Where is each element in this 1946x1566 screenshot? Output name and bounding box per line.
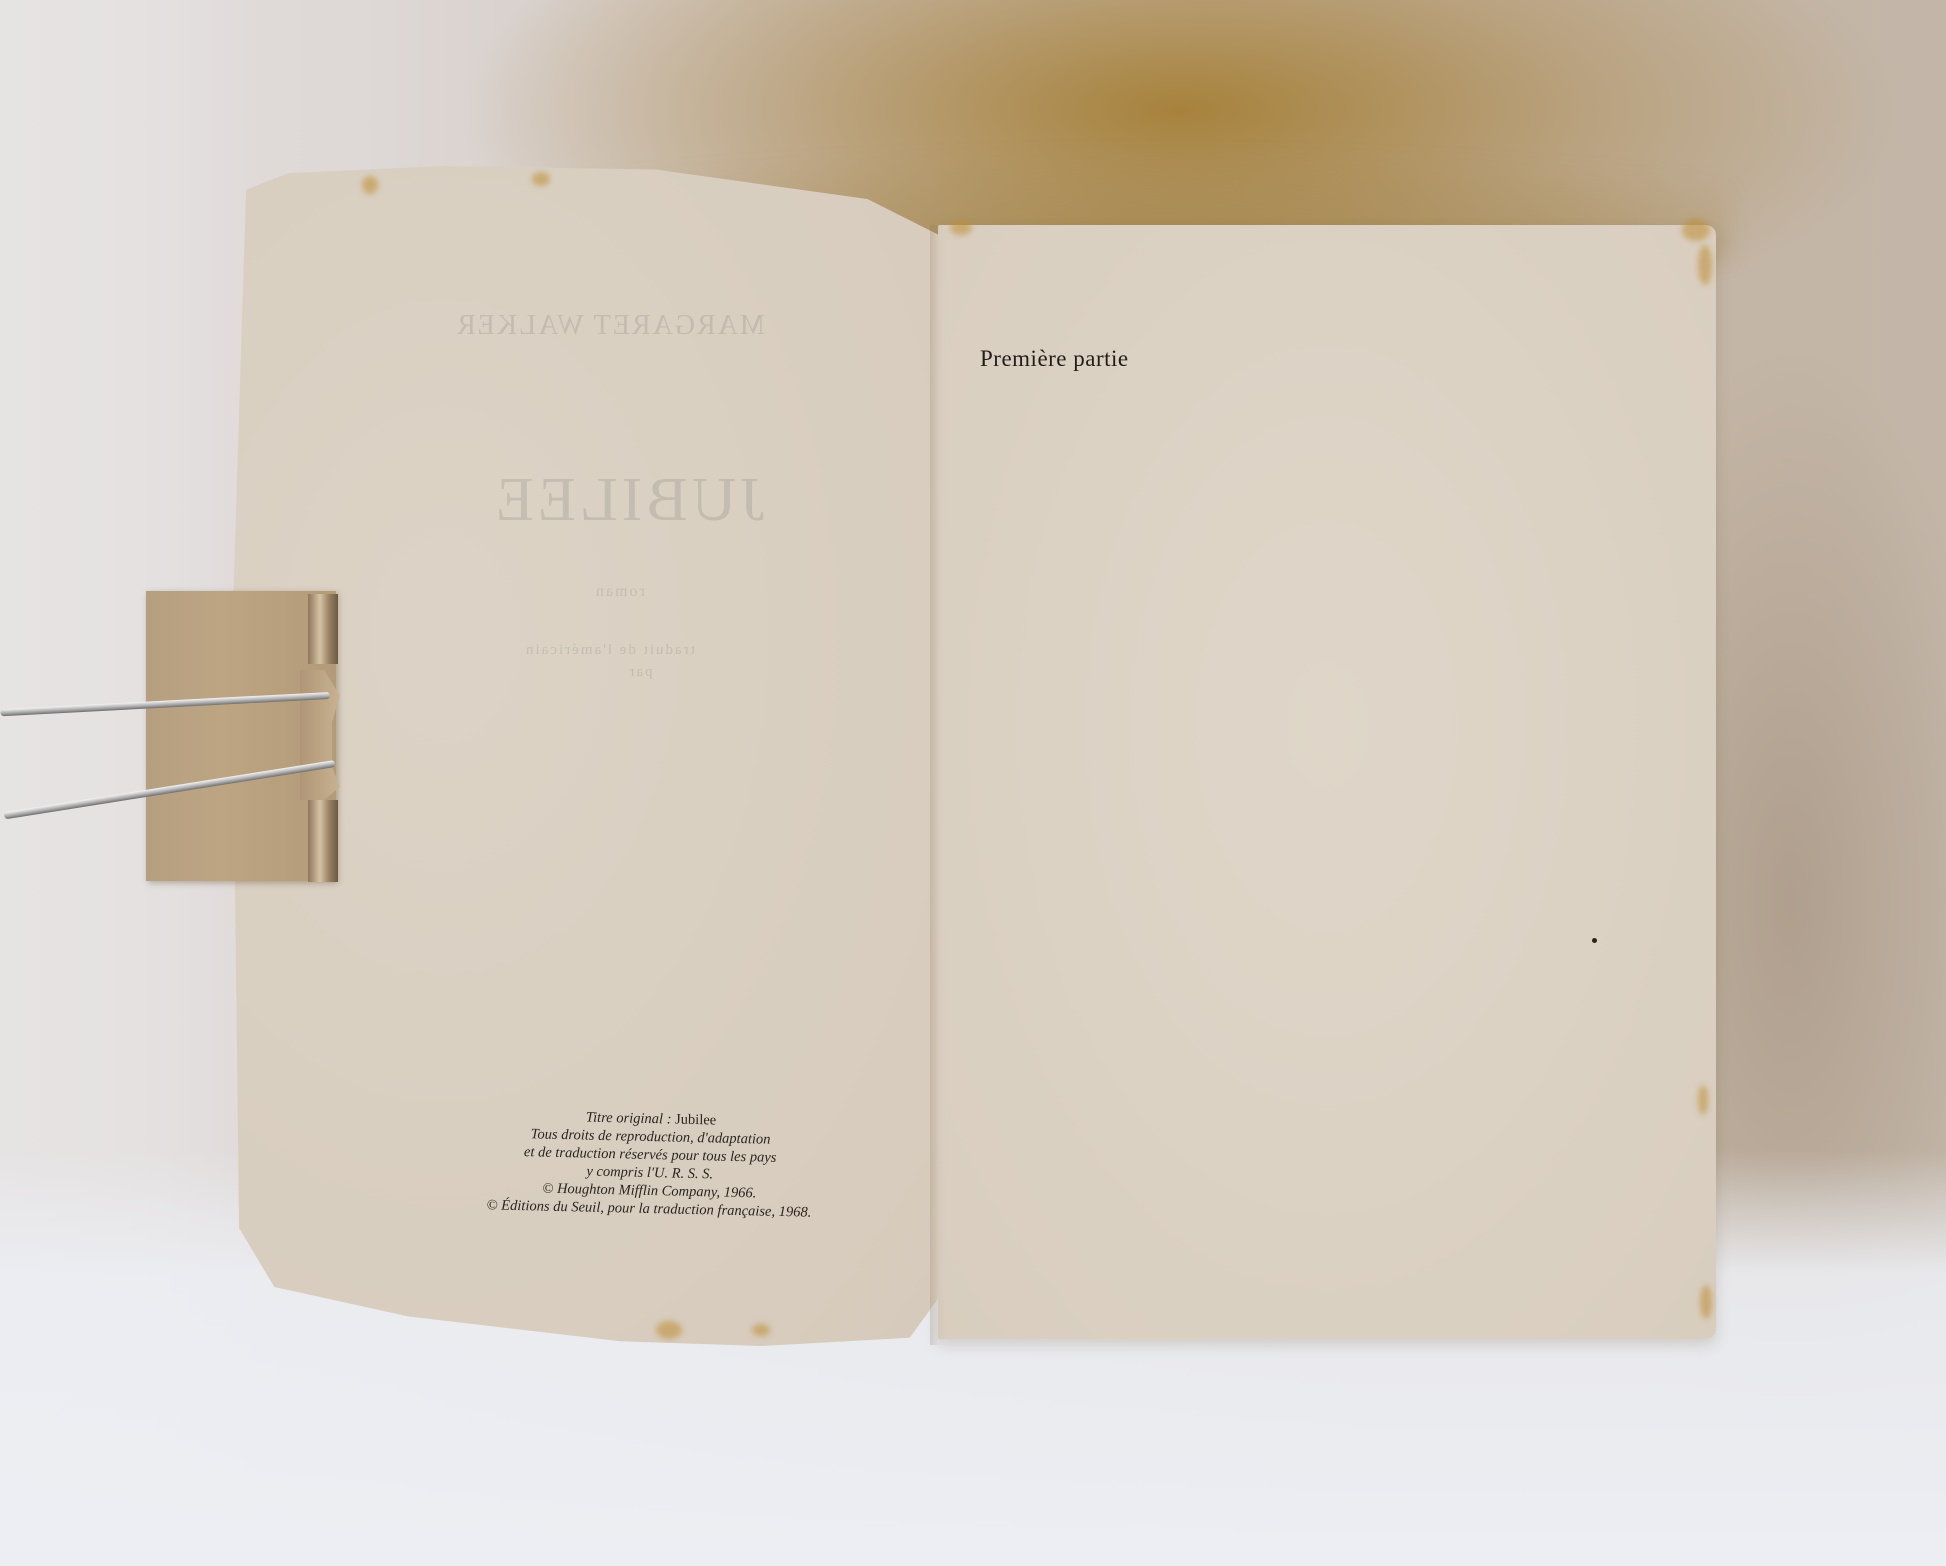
show-through-translator-1: traduit de l'américain bbox=[524, 642, 695, 659]
original-title-label: Titre original : bbox=[586, 1110, 676, 1128]
foxing-stain bbox=[752, 1324, 770, 1336]
foxing-stain bbox=[1700, 1285, 1712, 1319]
part-heading: Première partie bbox=[980, 346, 1129, 372]
show-through-translator-2: par bbox=[520, 664, 760, 681]
right-page bbox=[938, 225, 1716, 1339]
foxing-stain bbox=[656, 1321, 682, 1339]
copyright-block: Titre original : Jubilee Tous droits de … bbox=[439, 1105, 861, 1223]
clip-hinge-bottom bbox=[308, 800, 338, 882]
show-through-title: JUBILEE bbox=[492, 465, 765, 536]
foxing-stain bbox=[950, 221, 972, 235]
foxing-stain bbox=[1698, 1085, 1708, 1115]
book-gutter bbox=[930, 225, 946, 1345]
foxing-stain bbox=[1682, 219, 1710, 241]
foxing-stain bbox=[1698, 245, 1712, 285]
ink-speck bbox=[1592, 938, 1597, 943]
original-title-value: Jubilee bbox=[675, 1112, 716, 1129]
foxing-stain bbox=[362, 176, 378, 194]
show-through-genre: roman bbox=[594, 583, 645, 601]
clip-hinge-top bbox=[308, 594, 338, 664]
foxing-stain bbox=[532, 172, 550, 186]
show-through-author: MARGARET WALKER bbox=[455, 310, 765, 342]
